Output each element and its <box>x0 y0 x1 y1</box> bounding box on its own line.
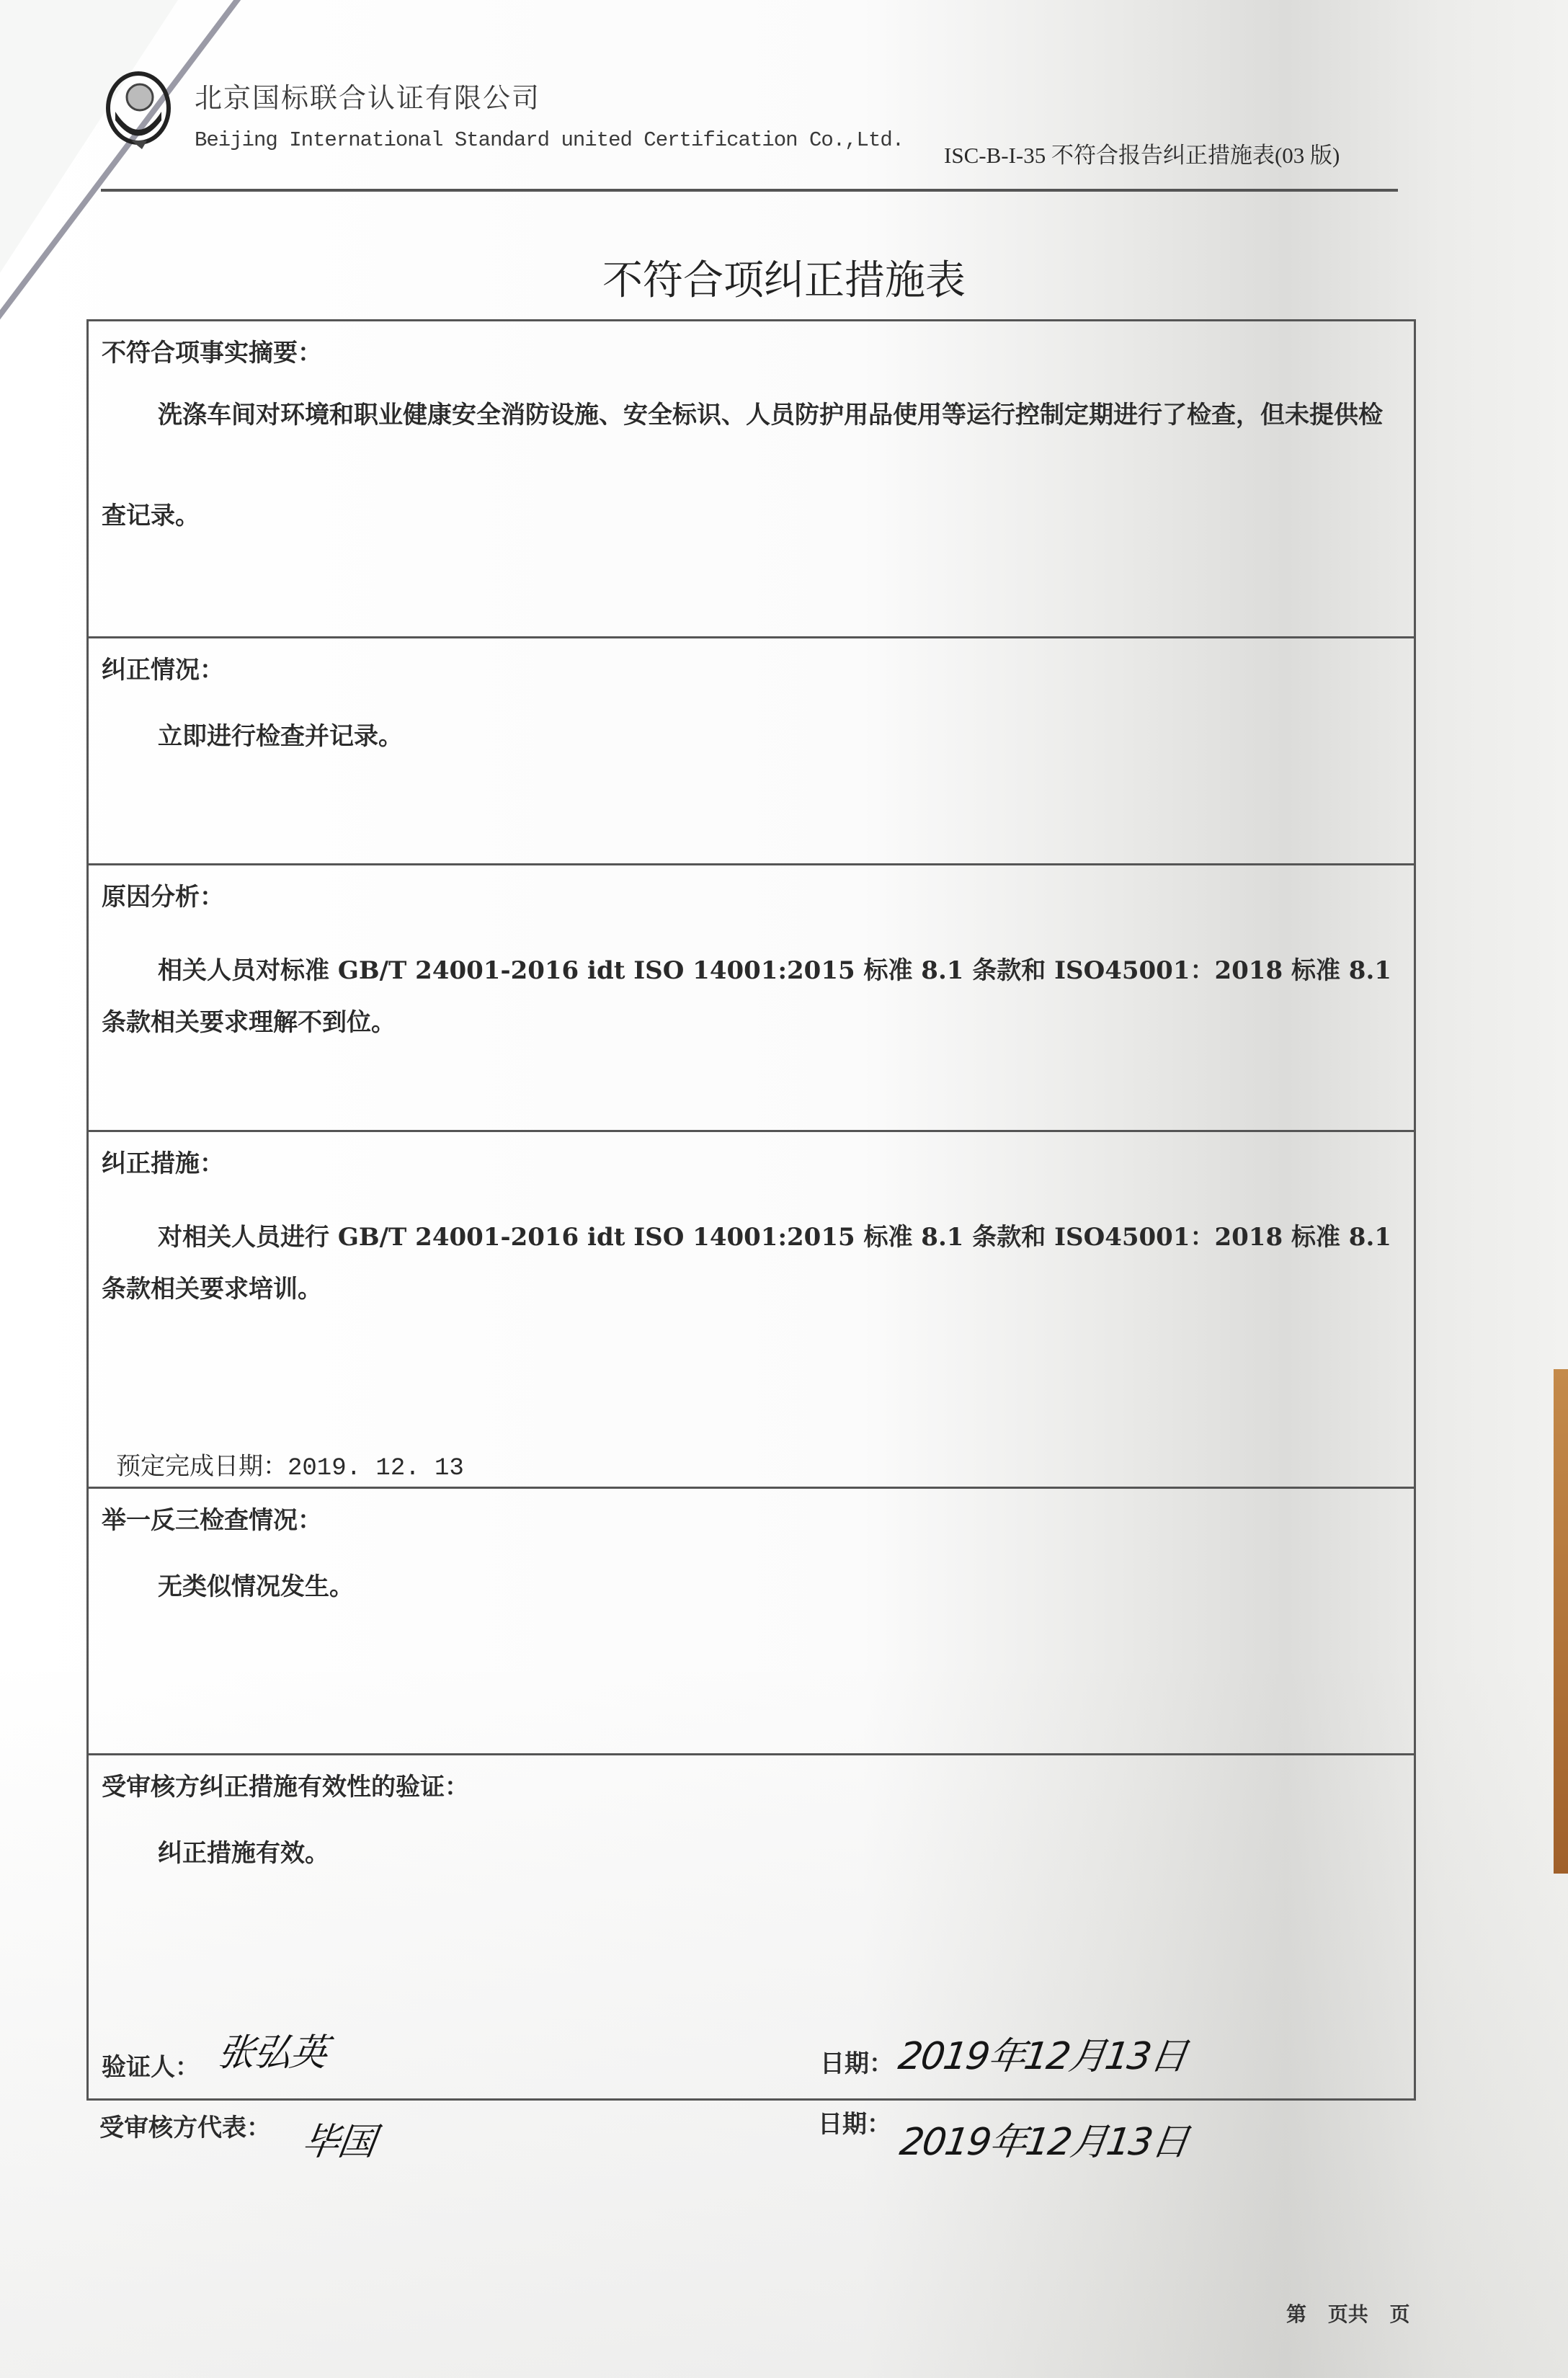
desk-edge <box>1554 1369 1568 1874</box>
section-label: 纠正措施： <box>102 1144 224 1179</box>
section-correction: 纠正情况： 立即进行检查并记录。 <box>89 636 1414 863</box>
company-name-en: Beijing International Standard united Ce… <box>195 128 904 152</box>
section-body: 对相关人员进行 GB/T 24001-2016 idt ISO 14001:20… <box>102 1211 1392 1315</box>
due-date-label: 预定完成日期： <box>116 1452 288 1481</box>
section-body: 立即进行检查并记录。 <box>102 711 1392 762</box>
section-body: 相关人员对标准 GB/T 24001-2016 idt ISO 14001:20… <box>102 945 1392 1048</box>
due-date-value: 2019. 12. 13 <box>288 1455 464 1482</box>
company-name-cn: 北京国标联合认证有限公司 <box>195 76 540 115</box>
auditee-rep-label: 受审核方代表： <box>99 2108 271 2143</box>
company-seal-logo-icon <box>102 68 174 155</box>
section-body: 无类似情况发生。 <box>102 1561 1392 1613</box>
section-label: 受审核方纠正措施有效性的验证： <box>102 1767 469 1802</box>
auditee-date: 2019年12月13日 <box>897 2111 1192 2165</box>
verifier-date: 2019年12月13日 <box>896 2026 1190 2080</box>
section-corrective-action: 纠正措施： 对相关人员进行 GB/T 24001-2016 idt ISO 14… <box>89 1130 1414 1487</box>
section-body: 纠正措施有效。 <box>102 1827 1392 1879</box>
header-divider <box>101 189 1398 192</box>
section-cause-analysis: 原因分析： 相关人员对标准 GB/T 24001-2016 idt ISO 14… <box>89 863 1414 1130</box>
section-nonconformity-summary: 不符合项事实摘要： 洗涤车间对环境和职业健康安全消防设施、安全标识、人员防护用品… <box>89 321 1414 636</box>
section-label: 不符合项事实摘要： <box>102 333 322 368</box>
auditee-date-label: 日期： <box>818 2104 891 2139</box>
section-body: 洗涤车间对环境和职业健康安全消防设施、安全标识、人员防护用品使用等运行控制定期进… <box>102 365 1392 566</box>
due-date: 预定完成日期：2019. 12. 13 <box>116 1446 464 1482</box>
document-title: 不符合项纠正措施表 <box>0 249 1568 306</box>
section-label: 举一反三检查情况： <box>102 1500 322 1536</box>
verifier-label: 验证人： <box>102 2047 200 2083</box>
section-label: 纠正情况： <box>102 650 224 685</box>
section-label: 原因分析： <box>102 877 224 912</box>
section-similar-check: 举一反三检查情况： 无类似情况发生。 <box>89 1487 1414 1753</box>
verifier-signature: 张弘英 <box>215 2022 331 2076</box>
verifier-date-label: 日期： <box>820 2044 894 2079</box>
form-code: ISC-B-I-35 不符合报告纠正措施表(03 版) <box>944 137 1340 169</box>
auditee-rep-signature: 毕国 <box>299 2111 379 2165</box>
section-effectiveness-verification: 受审核方纠正措施有效性的验证： 纠正措施有效。 验证人： 张弘英 日期： 201… <box>89 1753 1414 2103</box>
corrective-action-form: 不符合项事实摘要： 洗涤车间对环境和职业健康安全消防设施、安全标识、人员防护用品… <box>86 319 1416 2101</box>
page-number: 第 页共 页 <box>1286 2299 1410 2328</box>
